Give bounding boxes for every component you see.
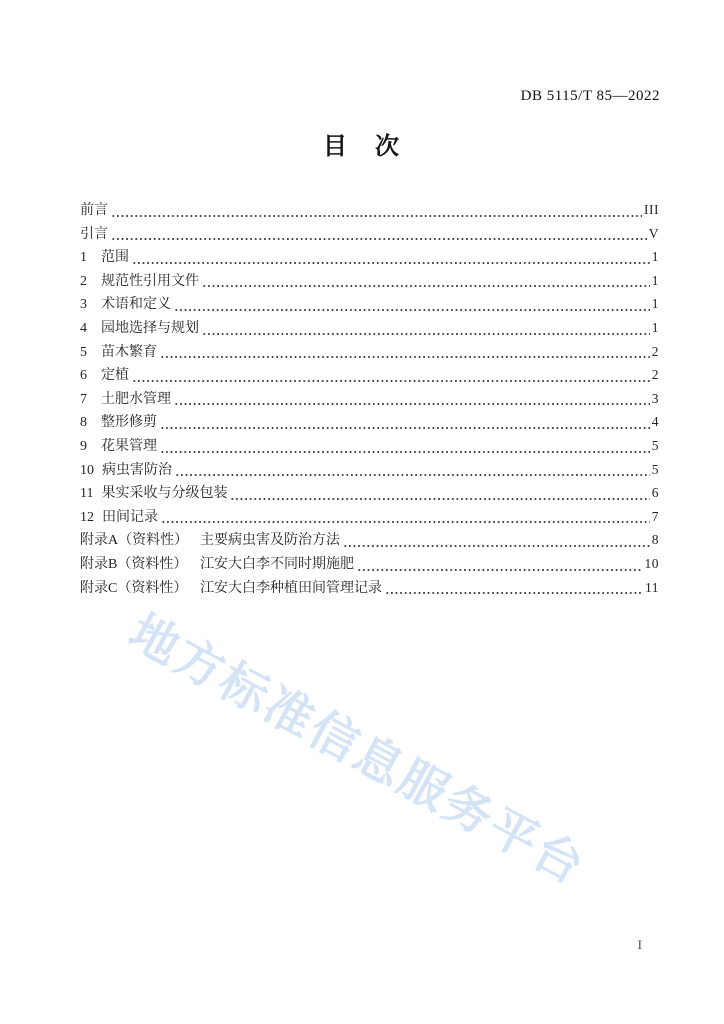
toc-leader-dots <box>230 496 649 502</box>
page-number: I <box>638 937 642 953</box>
page-title: 目 次 <box>0 126 724 161</box>
toc-entry-label: 苗木繁育 <box>101 341 157 361</box>
toc-leader-dots <box>160 449 650 455</box>
toc-entry[interactable]: 7土肥水管理3 <box>80 388 659 412</box>
toc-entry-number: 6 <box>80 368 93 384</box>
toc-leader-dots <box>357 567 643 573</box>
toc-entry-number: 12 <box>80 510 94 526</box>
toc-entry-page: 5 <box>652 438 659 454</box>
toc-entry[interactable]: 附录B（资料性）江安大白李不同时期施肥10 <box>80 553 659 577</box>
toc-entry-label: 定植 <box>101 364 129 384</box>
toc-entry-number: 10 <box>80 463 94 479</box>
toc-entry-page: 7 <box>652 509 659 525</box>
toc-entry-number: 7 <box>80 392 93 408</box>
toc-entry-label: 规范性引用文件 <box>101 270 199 290</box>
toc-entry[interactable]: 5苗木繁育2 <box>80 341 659 365</box>
toc-entry[interactable]: 11果实采收与分级包装6 <box>80 482 659 506</box>
toc-entry-label: 主要病虫害及防治方法 <box>200 529 340 549</box>
toc-entry-number: 1 <box>80 250 93 266</box>
toc-entry-label: 田间记录 <box>102 506 158 526</box>
toc-leader-dots <box>160 425 650 431</box>
toc-entry-page: 11 <box>645 580 659 596</box>
toc-leader-dots <box>174 307 650 313</box>
toc-entry[interactable]: 附录C（资料性）江安大白李种植田间管理记录11 <box>80 577 659 601</box>
toc-entry-page: 4 <box>652 414 659 430</box>
toc-entry-page: 1 <box>652 296 659 312</box>
toc-entry-number: 附录C（资料性） <box>80 577 200 597</box>
toc-leader-dots <box>385 590 643 596</box>
toc-entry[interactable]: 4园地选择与规划1 <box>80 317 659 341</box>
toc-entry-page: 2 <box>652 344 659 360</box>
toc-entry-page: 6 <box>652 485 659 501</box>
toc-leader-dots <box>132 378 650 384</box>
watermark-text: 地方标准信息服务平台 <box>119 594 600 898</box>
toc-leader-dots <box>202 331 650 337</box>
toc-entry-number: 8 <box>80 415 93 431</box>
toc-entry[interactable]: 6定植2 <box>80 364 659 388</box>
toc-entry-page: 1 <box>652 273 659 289</box>
toc-entry-label: 范围 <box>101 246 129 266</box>
toc-entry-number: 3 <box>80 297 93 313</box>
toc-entry-page: 10 <box>645 556 660 572</box>
toc-leader-dots <box>160 354 650 360</box>
toc-entry[interactable]: 9花果管理5 <box>80 435 659 459</box>
toc-leader-dots <box>343 543 650 549</box>
toc-entry-number: 4 <box>80 321 93 337</box>
toc-entry-label: 病虫害防治 <box>102 459 172 479</box>
toc-entry[interactable]: 3术语和定义1 <box>80 293 659 317</box>
toc-entry-label: 前言 <box>80 199 108 219</box>
document-page: DB 5115/T 85—2022 目 次 前言III引言V1范围12规范性引用… <box>0 0 724 1024</box>
toc-entry-label: 整形修剪 <box>101 411 157 431</box>
toc-entry-label: 花果管理 <box>101 435 157 455</box>
toc-entry-label: 术语和定义 <box>101 293 171 313</box>
toc-entry-label: 土肥水管理 <box>101 388 171 408</box>
toc-entry-label: 江安大白李不同时期施肥 <box>200 553 354 573</box>
toc-leader-dots <box>174 401 650 407</box>
toc-entry[interactable]: 10病虫害防治5 <box>80 459 659 483</box>
toc-entry-number: 9 <box>80 439 93 455</box>
toc-entry-number: 5 <box>80 345 93 361</box>
toc-entry[interactable]: 附录A（资料性）主要病虫害及防治方法8 <box>80 529 659 553</box>
toc-entry[interactable]: 12田间记录7 <box>80 506 659 530</box>
toc-entry-label: 江安大白李种植田间管理记录 <box>200 577 382 597</box>
toc-entry-page: 8 <box>652 532 659 548</box>
toc-entry-number: 2 <box>80 274 93 290</box>
toc-entry-page: V <box>649 226 659 242</box>
toc-entry-page: III <box>644 202 659 218</box>
toc-entry-label: 引言 <box>80 223 108 243</box>
toc-leader-dots <box>111 213 642 219</box>
toc-entry-page: 2 <box>652 367 659 383</box>
toc-entry-page: 5 <box>652 462 659 478</box>
toc-entry[interactable]: 1范围1 <box>80 246 659 270</box>
toc-leader-dots <box>175 472 650 478</box>
toc-list: 前言III引言V1范围12规范性引用文件13术语和定义14园地选择与规划15苗木… <box>80 199 659 600</box>
toc-leader-dots <box>161 519 650 525</box>
toc-entry[interactable]: 引言V <box>80 223 659 247</box>
toc-entry-number: 附录A（资料性） <box>80 529 200 549</box>
toc-entry[interactable]: 8整形修剪4 <box>80 411 659 435</box>
standard-code: DB 5115/T 85—2022 <box>521 88 660 105</box>
toc-leader-dots <box>111 236 647 242</box>
toc-entry[interactable]: 2规范性引用文件1 <box>80 270 659 294</box>
toc-entry-page: 1 <box>652 249 659 265</box>
toc-entry-page: 1 <box>652 320 659 336</box>
toc-entry-label: 果实采收与分级包装 <box>101 482 227 502</box>
toc-entry[interactable]: 前言III <box>80 199 659 223</box>
toc-entry-number: 11 <box>80 486 93 502</box>
toc-entry-number: 附录B（资料性） <box>80 553 200 573</box>
toc-entry-label: 园地选择与规划 <box>101 317 199 337</box>
toc-entry-page: 3 <box>652 391 659 407</box>
toc-leader-dots <box>202 283 650 289</box>
toc-leader-dots <box>132 260 650 266</box>
